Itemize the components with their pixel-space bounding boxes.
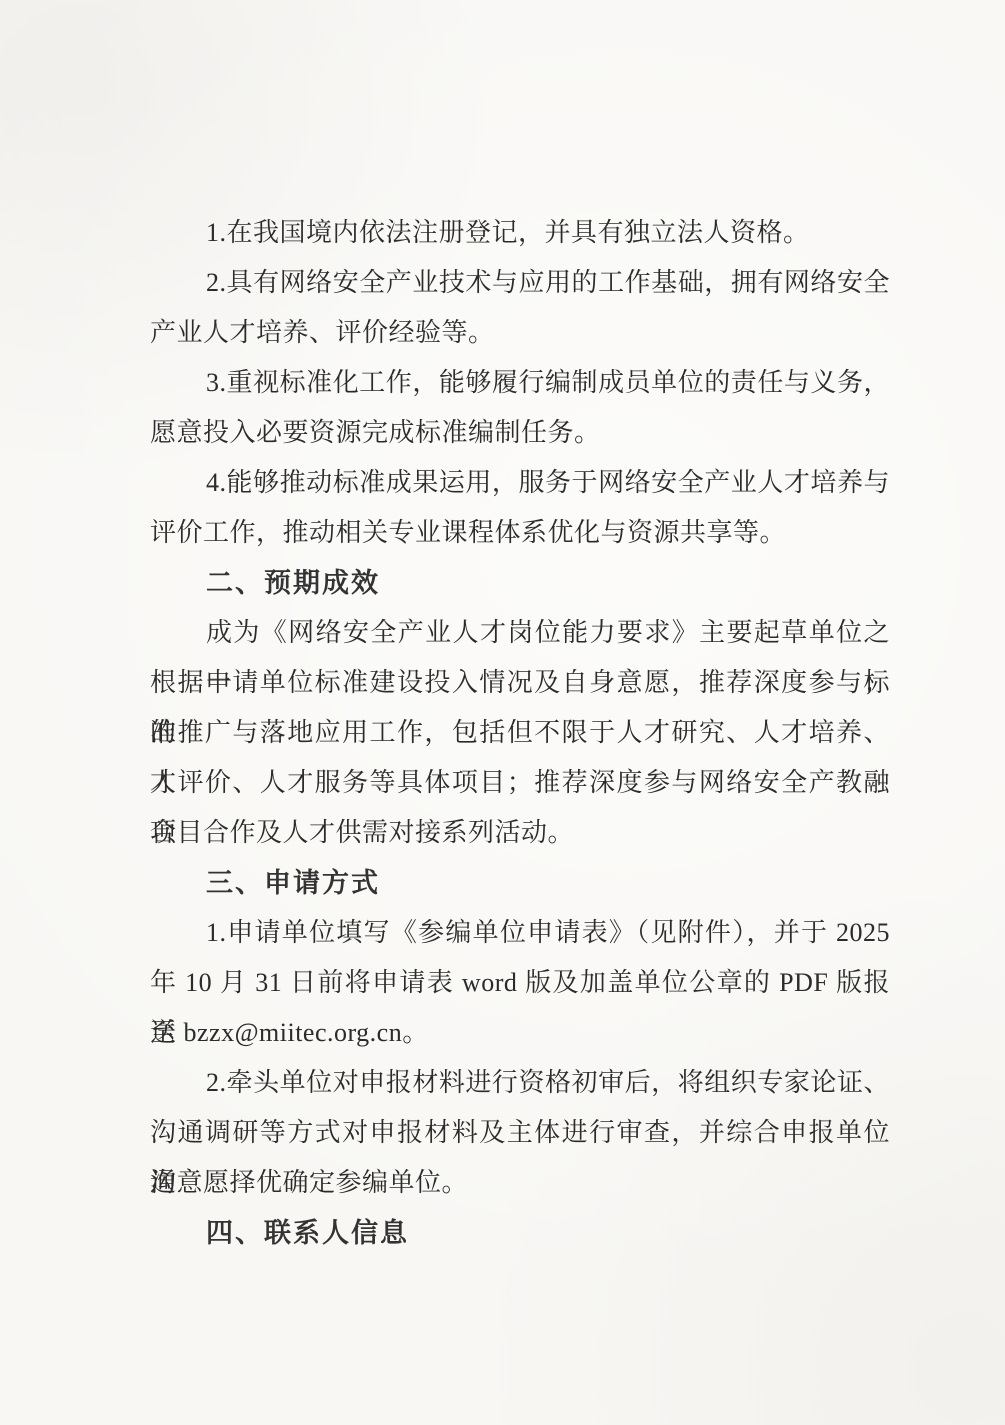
document-text-block: 1.在我国境内依法注册登记，并具有独立法人资格。2.具有网络安全产业技术与应用的…: [150, 208, 890, 1258]
document-line: 1.在我国境内依法注册登记，并具有独立法人资格。: [150, 208, 890, 258]
document-line: 根据申请单位标准建设投入情况及自身意愿，推荐深度参与标准: [150, 658, 890, 708]
document-line: 4.能够推动标准成果运用，服务于网络安全产业人才培养与: [150, 458, 890, 508]
document-line: 2.牵头单位对申报材料进行资格初审后，将组织专家论证、: [150, 1058, 890, 1108]
section-heading-contact-info: 四、联系人信息: [150, 1208, 890, 1258]
document-line: 通意愿择优确定参编单位。: [150, 1158, 890, 1208]
document-line: 的推广与落地应用工作，包括但不限于人才研究、人才培养、人: [150, 708, 890, 758]
document-page: 1.在我国境内依法注册登记，并具有独立法人资格。2.具有网络安全产业技术与应用的…: [0, 0, 1005, 1425]
document-line: 评价工作，推动相关专业课程体系优化与资源共享等。: [150, 508, 890, 558]
document-line: 年 10 月 31 日前将申请表 word 版及加盖单位公章的 PDF 版报送: [150, 958, 890, 1008]
document-line: 成为《网络安全产业人才岗位能力要求》主要起草单位之一；: [150, 608, 890, 658]
document-line: 至 bzzx@miitec.org.cn。: [150, 1008, 890, 1058]
document-line: 2.具有网络安全产业技术与应用的工作基础，拥有网络安全: [150, 258, 890, 308]
document-line: 1.申请单位填写《参编单位申请表》（见附件），并于 2025: [150, 908, 890, 958]
document-line: 项目合作及人才供需对接系列活动。: [150, 808, 890, 858]
document-line: 产业人才培养、评价经验等。: [150, 308, 890, 358]
section-heading-application-method: 三、申请方式: [150, 858, 890, 908]
document-line: 沟通调研等方式对申报材料及主体进行审查，并综合申报单位沟: [150, 1108, 890, 1158]
document-line: 3.重视标准化工作，能够履行编制成员单位的责任与义务，: [150, 358, 890, 408]
document-line: 愿意投入必要资源完成标准编制任务。: [150, 408, 890, 458]
document-line: 才评价、人才服务等具体项目；推荐深度参与网络安全产教融合: [150, 758, 890, 808]
section-heading-expected-results: 二、预期成效: [150, 558, 890, 608]
